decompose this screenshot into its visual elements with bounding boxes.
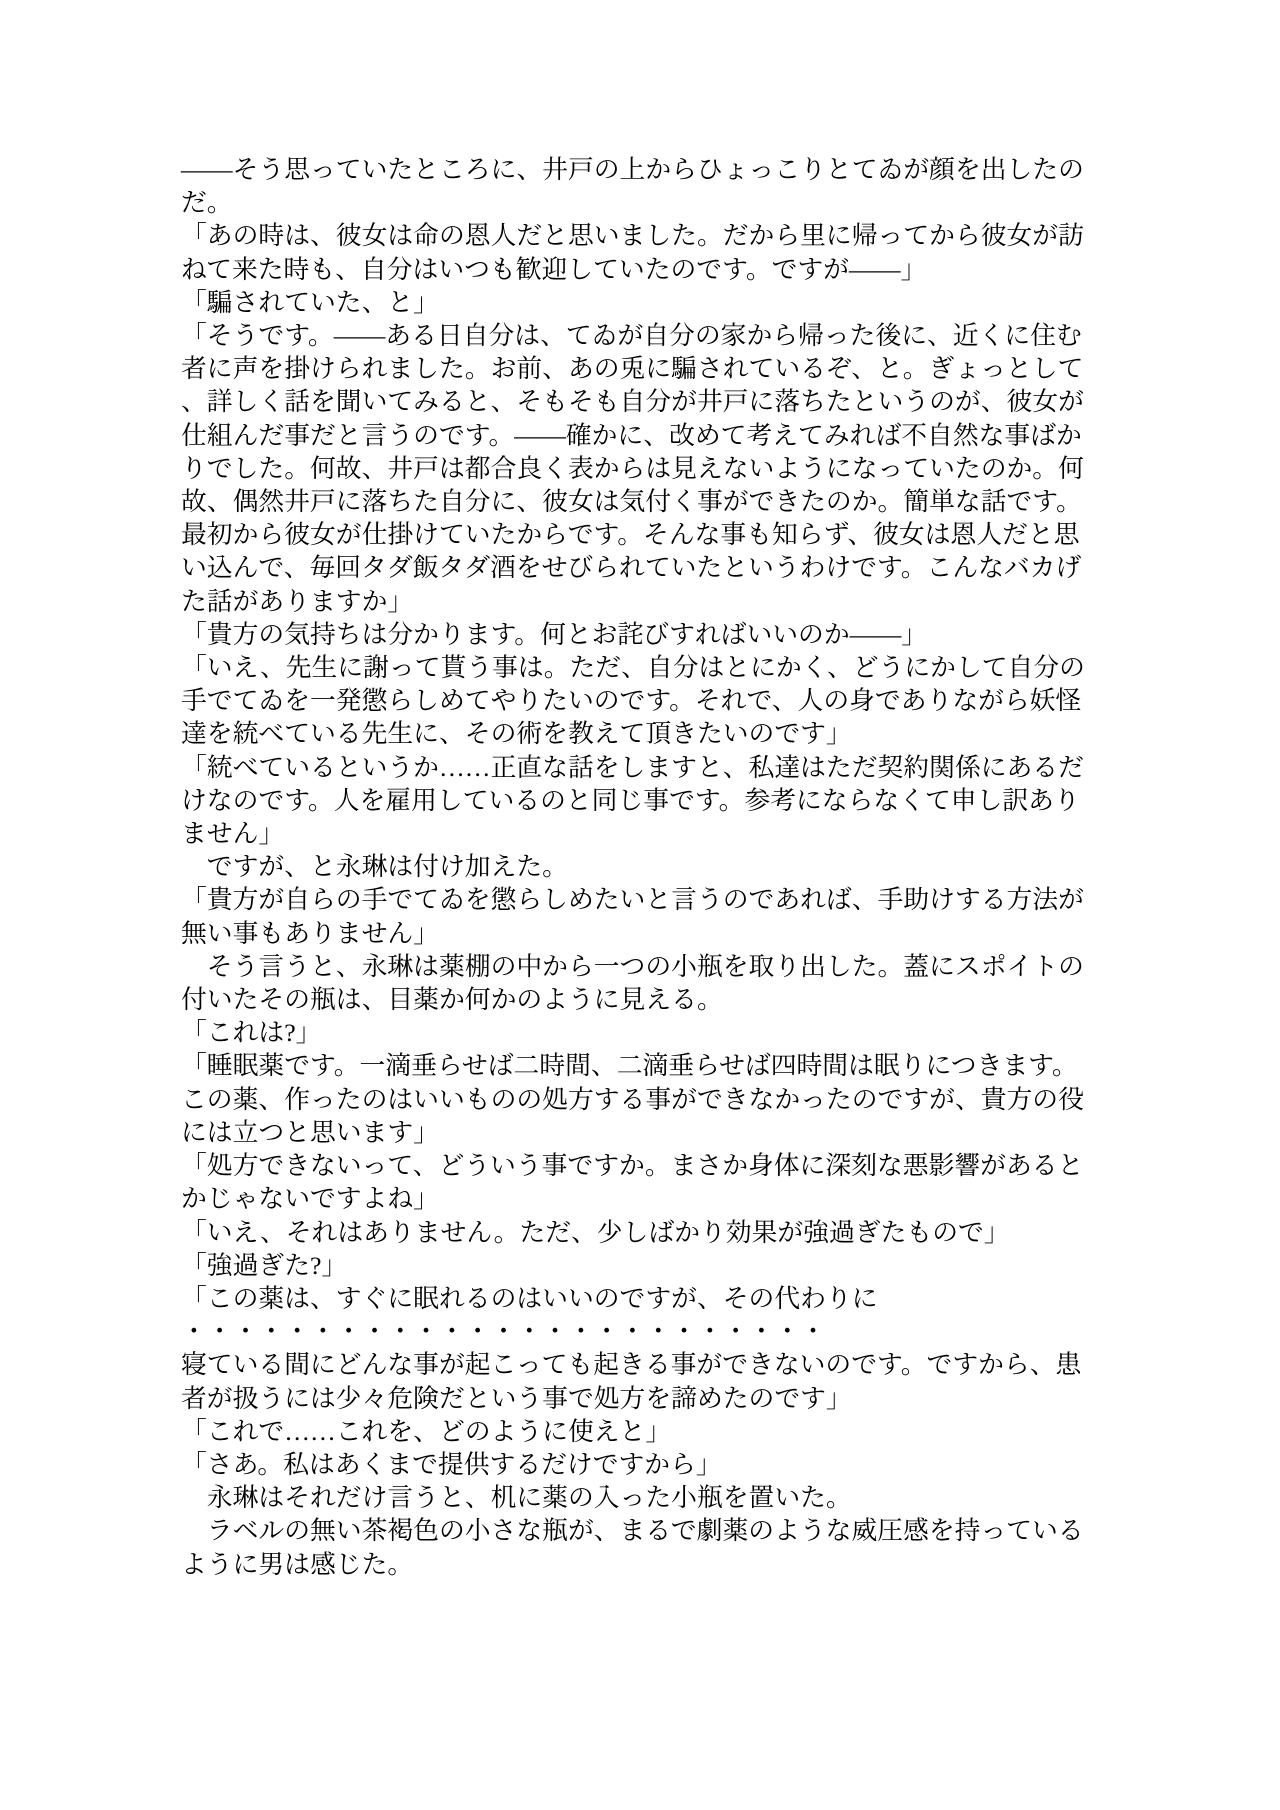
novel-page: ——そう思っていたところに、井戸の上からひょっこりとてゐが顔を出したの だ。 「…: [0, 0, 1280, 1810]
novel-body-text: ——そう思っていたところに、井戸の上からひょっこりとてゐが顔を出したの だ。 「…: [181, 153, 1146, 1581]
